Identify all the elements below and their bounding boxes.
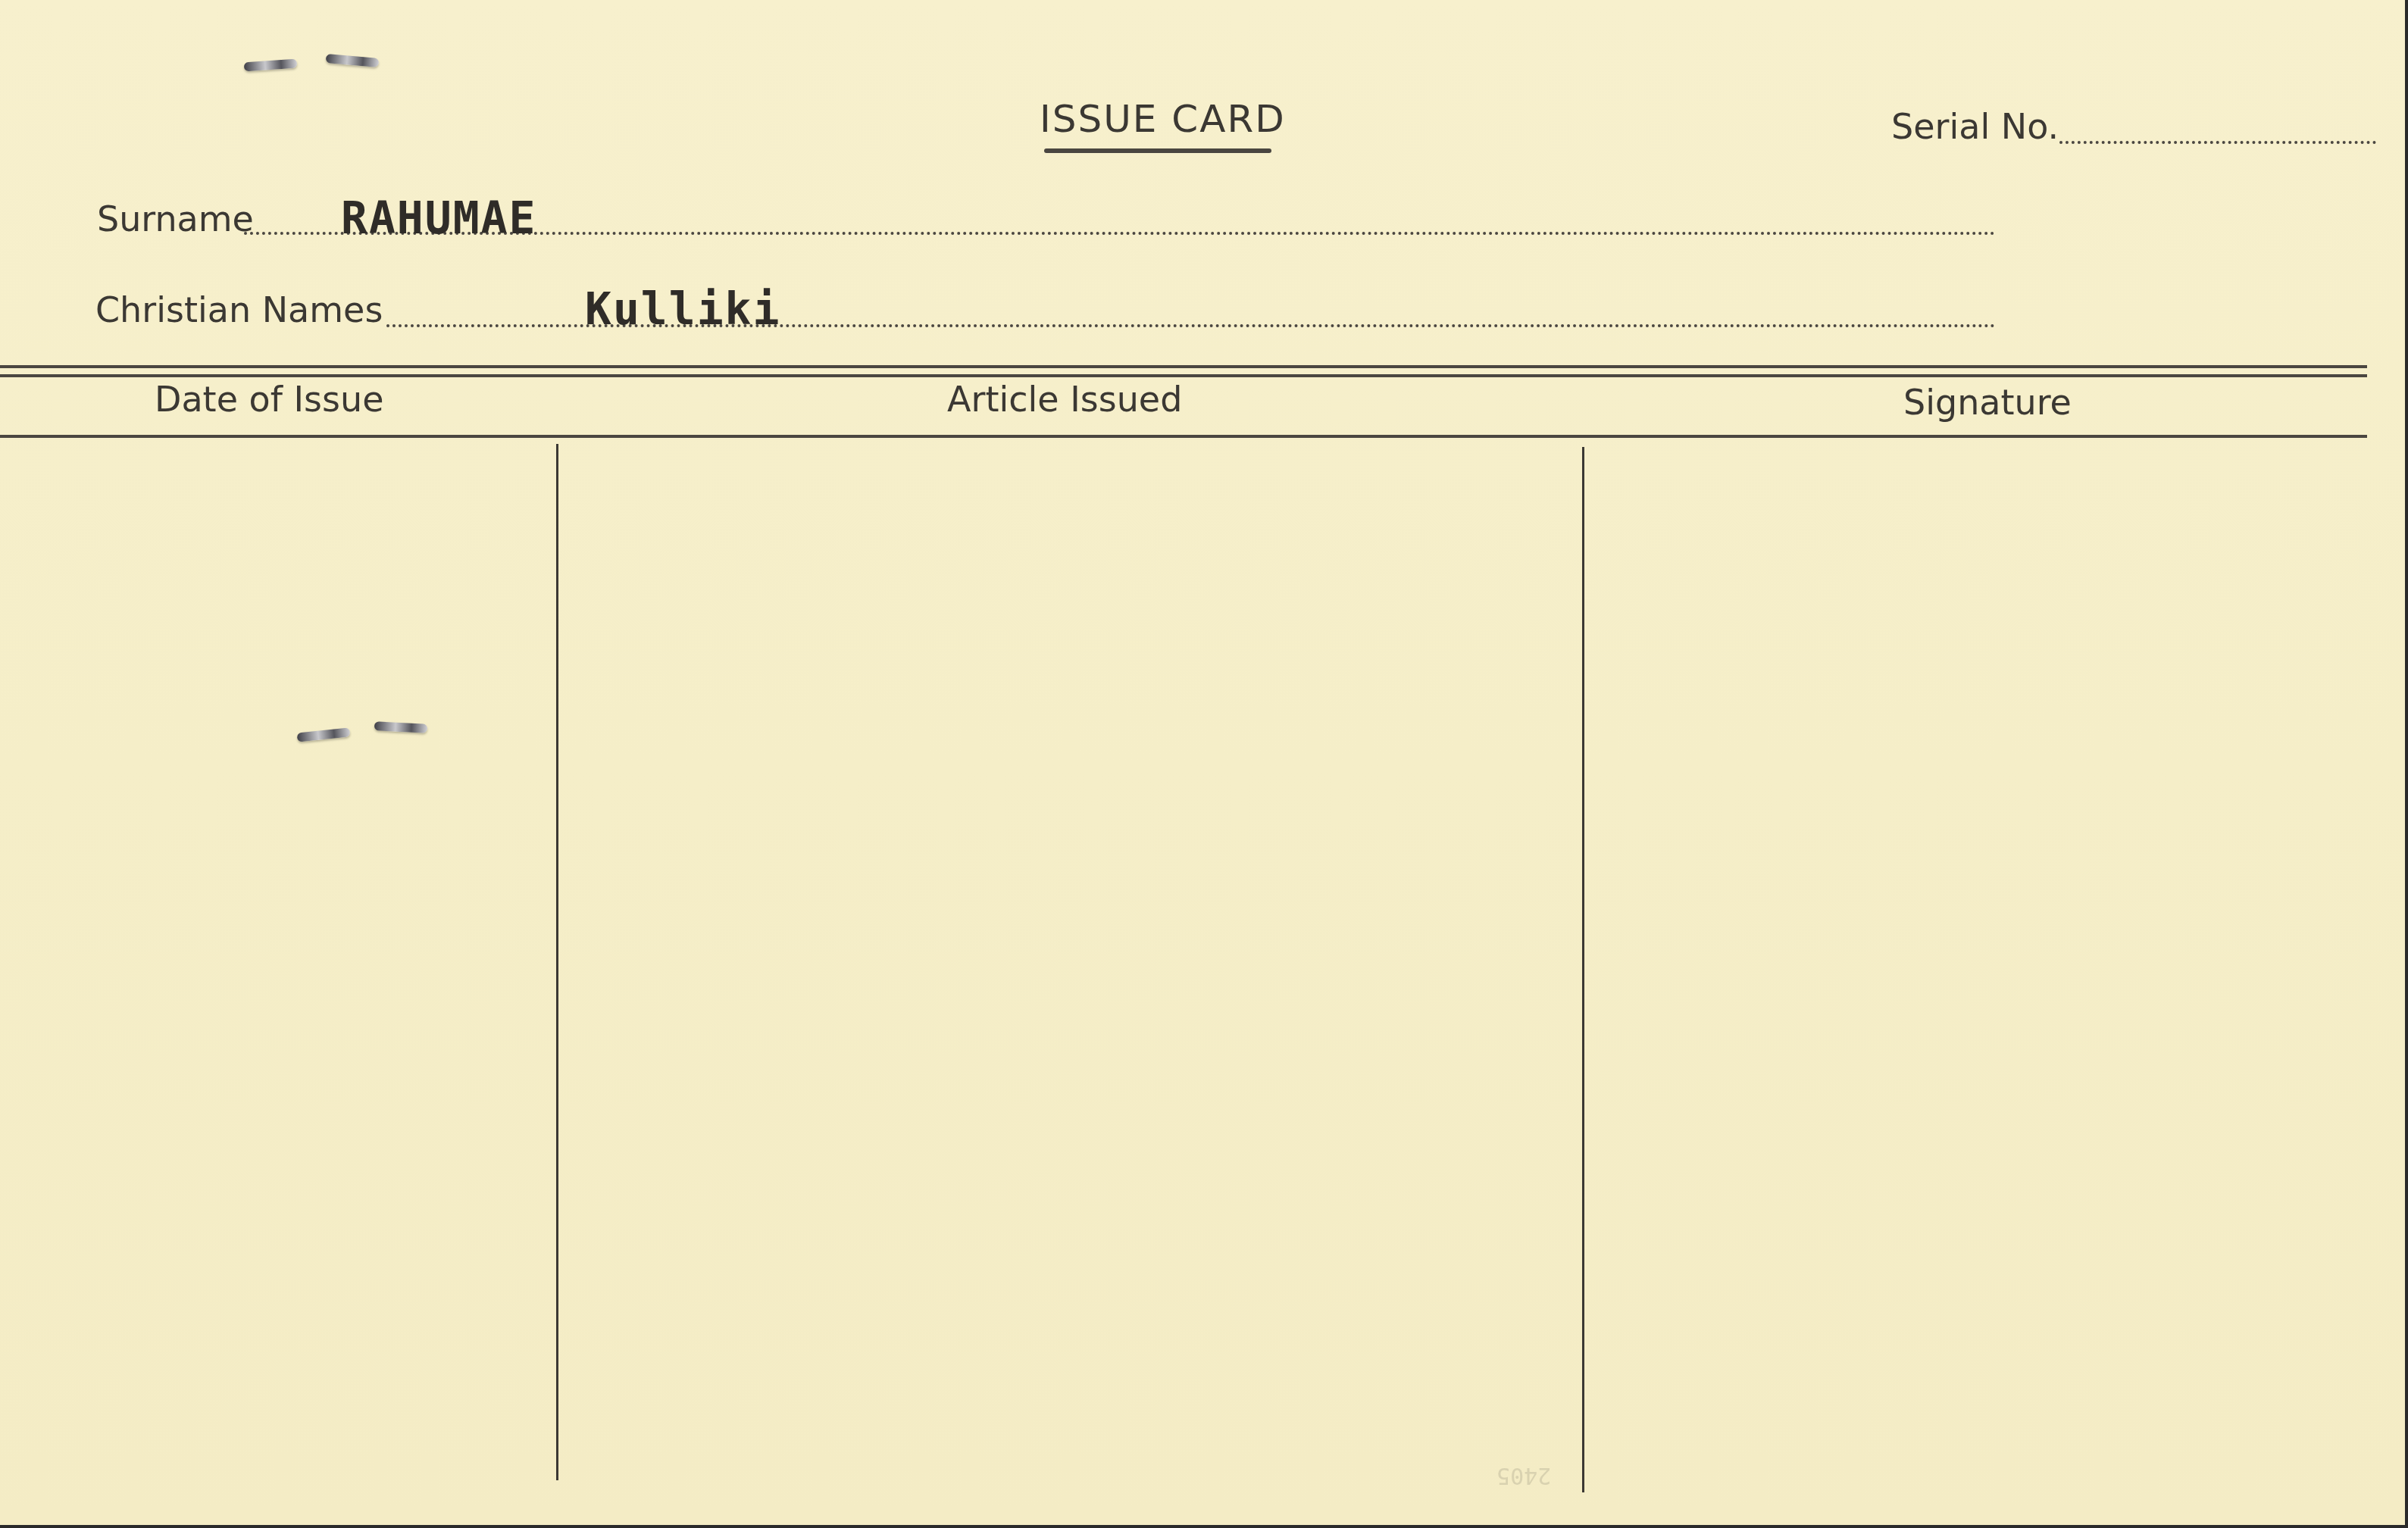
column-header-date-of-issue: Date of Issue — [155, 379, 383, 420]
staple-icon — [244, 59, 298, 72]
surname-value: RAHUMAE — [341, 192, 536, 244]
faint-stamp: 2405 — [1496, 1462, 1551, 1489]
christian-names-label: Christian Names — [95, 289, 383, 330]
header-rule-bottom — [0, 374, 2367, 377]
column-header-signature: Signature — [1903, 382, 2072, 423]
column-header-rule — [0, 435, 2367, 438]
issue-card: ISSUE CARD Serial No. Surname RAHUMAE Ch… — [0, 0, 2408, 1528]
title-underline — [1044, 148, 1271, 153]
table-body-article-column[interactable] — [558, 439, 1581, 1500]
christian-names-value: Kulliki — [585, 283, 780, 335]
column-header-article-issued: Article Issued — [947, 379, 1182, 420]
table-body-date-column[interactable] — [0, 439, 556, 1500]
card-title: ISSUE CARD — [1040, 97, 1286, 141]
header-rule-top — [0, 365, 2367, 368]
serial-no-label: Serial No. — [1891, 106, 2059, 147]
staple-icon — [326, 54, 380, 67]
table-body-signature-column[interactable] — [1584, 439, 2372, 1500]
surname-label: Surname — [97, 198, 254, 239]
serial-no-field[interactable] — [2059, 141, 2376, 144]
